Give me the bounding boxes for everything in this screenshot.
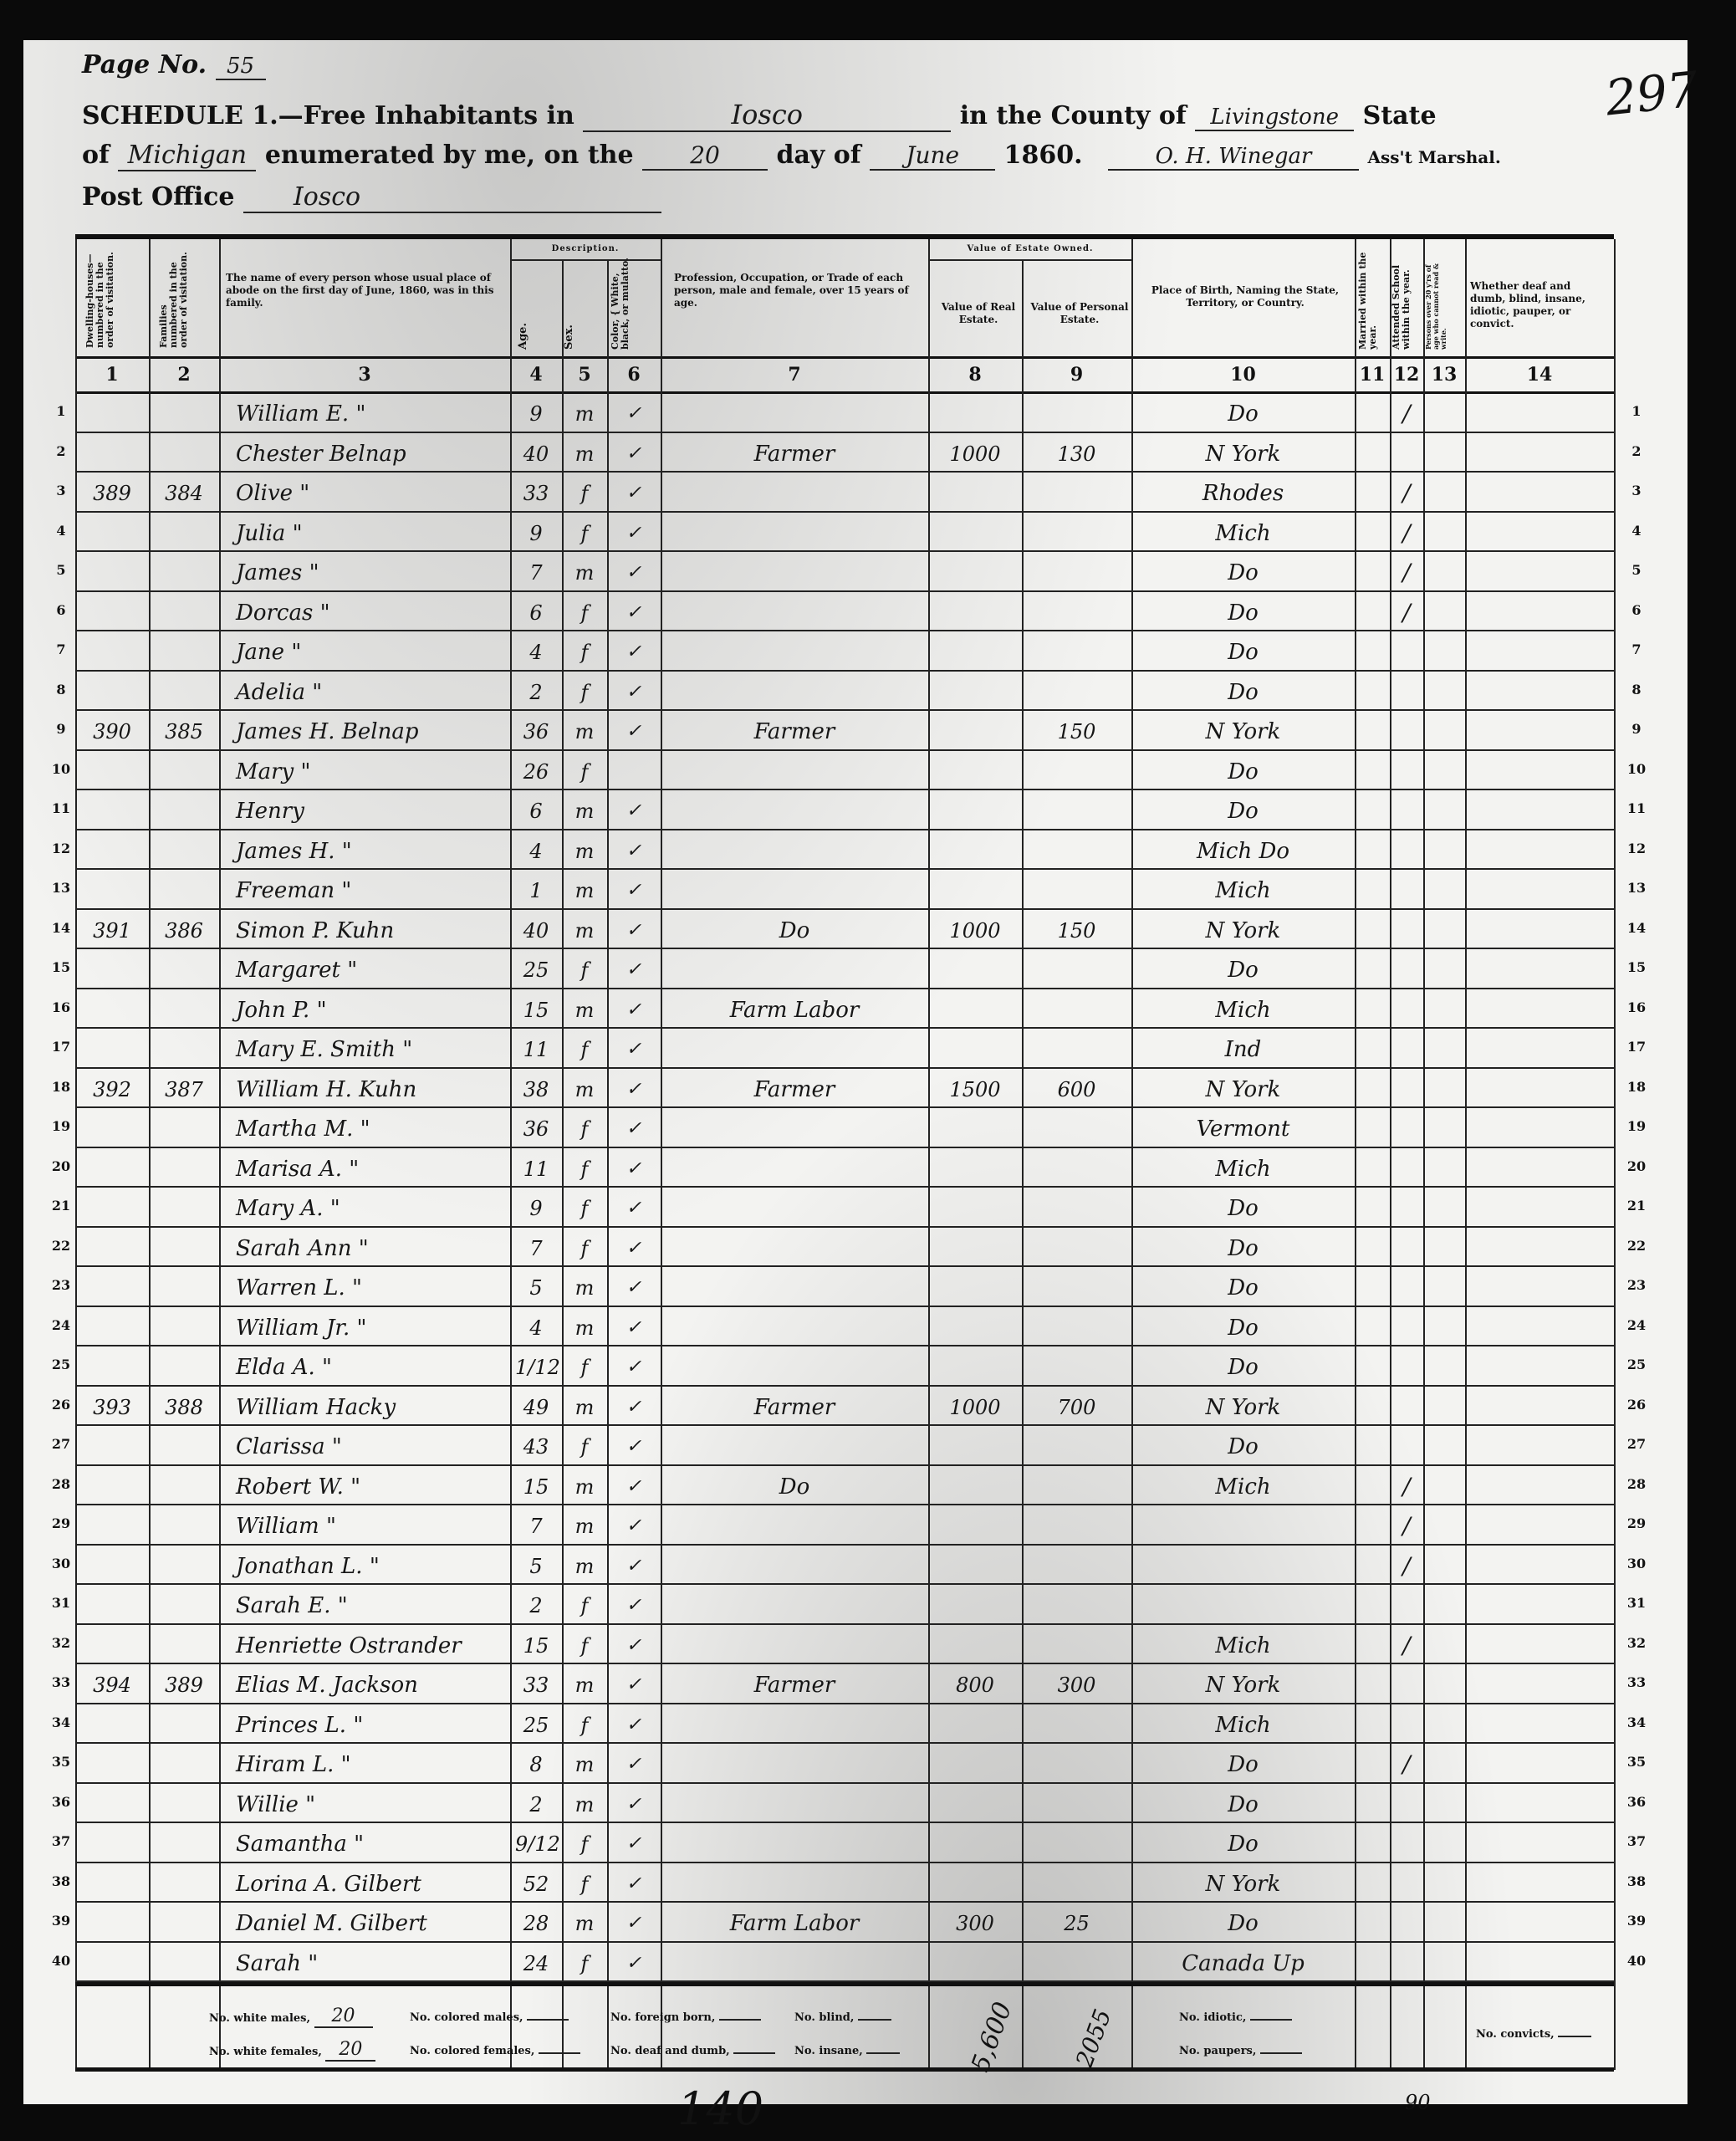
- cell-condition: [1470, 552, 1609, 592]
- cell-birthplace: Mich: [1136, 1704, 1350, 1745]
- cell-sex: m: [567, 870, 602, 910]
- cell-married: [1360, 870, 1385, 910]
- cell-dwelling: [80, 592, 144, 632]
- cell-personal: [1027, 1704, 1126, 1745]
- cell-age: 5: [515, 1546, 557, 1586]
- cell-condition: [1470, 473, 1609, 513]
- cell-family: [154, 989, 214, 1030]
- cell-married: [1360, 393, 1385, 433]
- line-number-right: 5: [1624, 562, 1649, 578]
- cell-dwelling: [80, 870, 144, 910]
- cell-dwelling: 392: [80, 1069, 144, 1109]
- cell-school: /: [1395, 1546, 1418, 1586]
- line-number-left: 5: [49, 562, 74, 578]
- cell-married: [1360, 1505, 1385, 1546]
- cell-age: 43: [515, 1426, 557, 1466]
- cell-family: [154, 552, 214, 592]
- table-row: Willie "2m✓Do: [75, 1784, 1614, 1824]
- cell-married: [1360, 1784, 1385, 1824]
- line-number-right: 9: [1624, 721, 1649, 737]
- cell-illiterate: [1428, 552, 1460, 592]
- cell-family: 385: [154, 711, 214, 751]
- colored-males-total: No. colored males,: [410, 2011, 569, 2024]
- personal-estate-total: 2055: [1070, 2006, 1116, 2071]
- table-row: Elda A. "1/12f✓Do: [75, 1346, 1614, 1387]
- stamp-number: 297: [1603, 60, 1701, 126]
- cell-personal: [1027, 1466, 1126, 1506]
- cell-school: /: [1395, 513, 1418, 553]
- cell-color: ✓: [612, 1664, 656, 1704]
- cell-illiterate: [1428, 910, 1460, 950]
- table-row: William Jr. "4m✓Do: [75, 1307, 1614, 1347]
- cell-school: [1395, 830, 1418, 871]
- cell-occupation: [666, 1784, 923, 1824]
- cell-birthplace: Do: [1136, 1426, 1350, 1466]
- cell-age: 15: [515, 989, 557, 1030]
- cell-dwelling: [80, 1903, 144, 1943]
- cell-sex: m: [567, 910, 602, 950]
- line-number-left: 13: [49, 880, 74, 896]
- cell-school: [1395, 1863, 1418, 1903]
- county-label: in the County of: [960, 101, 1187, 130]
- cell-birthplace: N York: [1136, 1387, 1350, 1427]
- cell-sex: f: [567, 592, 602, 632]
- cell-birthplace: Mich Do: [1136, 830, 1350, 871]
- line-number-right: 16: [1624, 999, 1649, 1015]
- cell-color: ✓: [612, 1744, 656, 1784]
- cell-family: [154, 631, 214, 672]
- line-number-left: 16: [49, 999, 74, 1015]
- of-label: of: [82, 141, 110, 170]
- cell-illiterate: [1428, 1387, 1460, 1427]
- cell-school: [1395, 1188, 1418, 1228]
- cell-family: [154, 1903, 214, 1943]
- line-number-left: 36: [49, 1794, 74, 1810]
- column-number: 3: [219, 358, 510, 391]
- line-number-left: 29: [49, 1515, 74, 1531]
- cell-personal: [1027, 1863, 1126, 1903]
- cell-birthplace: Vermont: [1136, 1108, 1350, 1148]
- cell-color: ✓: [612, 1505, 656, 1546]
- cell-family: 388: [154, 1387, 214, 1427]
- cell-name: Lorina A. Gilbert: [224, 1863, 517, 1903]
- cell-age: 9: [515, 1188, 557, 1228]
- cell-color: ✓: [612, 1466, 656, 1506]
- cell-married: [1360, 1546, 1385, 1586]
- line-number-left: 38: [49, 1873, 74, 1889]
- table-row: Samantha "9/12f✓Do: [75, 1823, 1614, 1863]
- cell-school: [1395, 1148, 1418, 1188]
- cell-age: 28: [515, 1903, 557, 1943]
- cell-married: [1360, 989, 1385, 1030]
- cell-birthplace: Mich: [1136, 513, 1350, 553]
- cell-age: 2: [515, 672, 557, 712]
- marshal-label: Ass't Marshal.: [1367, 147, 1500, 167]
- cell-personal: 150: [1027, 711, 1126, 751]
- totals-bottom-rule: [75, 2067, 1614, 2072]
- line-number-left: 14: [49, 920, 74, 936]
- table-row: Clarissa "43f✓Do: [75, 1426, 1614, 1466]
- cell-school: [1395, 1664, 1418, 1704]
- cell-real: [933, 711, 1017, 751]
- cell-school: [1395, 1784, 1418, 1824]
- colored-females-total: No. colored females,: [410, 2045, 580, 2057]
- line-number-right: 10: [1624, 761, 1649, 777]
- cell-school: [1395, 672, 1418, 712]
- cell-sex: f: [567, 1346, 602, 1387]
- line-number-left: 28: [49, 1476, 74, 1492]
- cell-illiterate: [1428, 672, 1460, 712]
- cell-married: [1360, 1108, 1385, 1148]
- header-estate-group: Value of Estate Owned.: [930, 243, 1131, 255]
- line-number-right: 28: [1624, 1476, 1649, 1492]
- cell-illiterate: [1428, 1307, 1460, 1347]
- cell-dwelling: [80, 989, 144, 1030]
- header-illiterate: Persons over 20 y'rs of age who cannot r…: [1425, 249, 1462, 350]
- cell-real: [933, 1267, 1017, 1307]
- cell-married: [1360, 1228, 1385, 1268]
- cell-family: [154, 1108, 214, 1148]
- cell-condition: [1470, 393, 1609, 433]
- cell-birthplace: Do: [1136, 790, 1350, 830]
- cell-occupation: [666, 473, 923, 513]
- cell-school: [1395, 1029, 1418, 1069]
- cell-real: [933, 1466, 1017, 1506]
- cell-birthplace: Ind: [1136, 1029, 1350, 1069]
- header-real-estate: Value of Real Estate.: [933, 301, 1024, 326]
- cell-family: [154, 1346, 214, 1387]
- line-number-left: 3: [49, 483, 74, 498]
- cell-personal: [1027, 1546, 1126, 1586]
- table-row: Henry6m✓Do: [75, 790, 1614, 830]
- cell-illiterate: [1428, 1108, 1460, 1148]
- line-number-left: 40: [49, 1953, 74, 1969]
- table-row: Robert W. "15m✓DoMich/: [75, 1466, 1614, 1506]
- cell-married: [1360, 830, 1385, 871]
- line-number-left: 27: [49, 1436, 74, 1452]
- cell-illiterate: [1428, 949, 1460, 989]
- cell-real: [933, 1307, 1017, 1347]
- cell-dwelling: [80, 393, 144, 433]
- cell-occupation: [666, 1546, 923, 1586]
- cell-condition: [1470, 1585, 1609, 1625]
- cell-birthplace: N York: [1136, 910, 1350, 950]
- cell-personal: [1027, 473, 1126, 513]
- cell-sex: f: [567, 1029, 602, 1069]
- cell-personal: [1027, 1943, 1126, 1983]
- line-number-right: 31: [1624, 1595, 1649, 1611]
- cell-school: [1395, 870, 1418, 910]
- cell-color: ✓: [612, 592, 656, 632]
- cell-real: [933, 1863, 1017, 1903]
- cell-school: /: [1395, 552, 1418, 592]
- cell-illiterate: [1428, 751, 1460, 791]
- cell-school: [1395, 1346, 1418, 1387]
- cell-family: [154, 1307, 214, 1347]
- cell-married: [1360, 631, 1385, 672]
- column-number: 6: [607, 358, 661, 391]
- cell-name: Mary E. Smith ": [224, 1029, 517, 1069]
- cell-occupation: [666, 672, 923, 712]
- cell-color: ✓: [612, 1625, 656, 1665]
- cell-sex: m: [567, 552, 602, 592]
- line-number-left: 15: [49, 959, 74, 975]
- table-row: Martha M. "36f✓Vermont: [75, 1108, 1614, 1148]
- cell-birthplace: Do: [1136, 1784, 1350, 1824]
- cell-dwelling: [80, 1863, 144, 1903]
- cell-condition: [1470, 1307, 1609, 1347]
- cell-name: Jane ": [224, 631, 517, 672]
- white-males-value: 20: [314, 2006, 373, 2028]
- cell-family: [154, 1228, 214, 1268]
- idiotic-label: No. idiotic,: [1179, 2011, 1246, 2024]
- cell-sex: f: [567, 1823, 602, 1863]
- cell-sex: m: [567, 1784, 602, 1824]
- cell-dwelling: [80, 1188, 144, 1228]
- cell-married: [1360, 1664, 1385, 1704]
- cell-condition: [1470, 631, 1609, 672]
- cell-personal: 700: [1027, 1387, 1126, 1427]
- cell-condition: [1470, 433, 1609, 473]
- cell-condition: [1470, 870, 1609, 910]
- cell-school: /: [1395, 1744, 1418, 1784]
- cell-sex: f: [567, 1585, 602, 1625]
- cell-occupation: Farmer: [666, 433, 923, 473]
- cell-condition: [1470, 1069, 1609, 1109]
- cell-dwelling: [80, 433, 144, 473]
- cell-age: 49: [515, 1387, 557, 1427]
- cell-family: [154, 870, 214, 910]
- cell-name: Freeman ": [224, 870, 517, 910]
- cell-real: [933, 393, 1017, 433]
- cell-name: Olive ": [224, 473, 517, 513]
- cell-occupation: [666, 751, 923, 791]
- cell-married: [1360, 910, 1385, 950]
- cell-sex: m: [567, 1267, 602, 1307]
- cell-personal: [1027, 1307, 1126, 1347]
- cell-birthplace: Do: [1136, 393, 1350, 433]
- column-number: 11: [1355, 358, 1390, 391]
- cell-family: [154, 830, 214, 871]
- cell-personal: [1027, 1188, 1126, 1228]
- cell-illiterate: [1428, 1546, 1460, 1586]
- cell-age: 5: [515, 1267, 557, 1307]
- cell-family: [154, 1704, 214, 1745]
- cell-personal: [1027, 672, 1126, 712]
- enumerated-label: enumerated by me, on the: [265, 141, 634, 170]
- cell-personal: 300: [1027, 1664, 1126, 1704]
- line-number-right: 27: [1624, 1436, 1649, 1452]
- table-row: 389384Olive "33f✓Rhodes/: [75, 473, 1614, 513]
- colored-females-label: No. colored females,: [410, 2045, 534, 2057]
- cell-illiterate: [1428, 1148, 1460, 1188]
- cell-illiterate: [1428, 830, 1460, 871]
- cell-birthplace: N York: [1136, 1664, 1350, 1704]
- cell-birthplace: Do: [1136, 672, 1350, 712]
- cell-sex: m: [567, 1664, 602, 1704]
- cell-age: 11: [515, 1148, 557, 1188]
- cell-condition: [1470, 1108, 1609, 1148]
- cell-condition: [1470, 513, 1609, 553]
- cell-birthplace: Do: [1136, 1267, 1350, 1307]
- cell-occupation: [666, 790, 923, 830]
- header-name: The name of every person whose usual pla…: [226, 272, 502, 309]
- cell-married: [1360, 1426, 1385, 1466]
- cell-real: [933, 473, 1017, 513]
- line-number-right: 30: [1624, 1556, 1649, 1571]
- cell-school: [1395, 1943, 1418, 1983]
- cell-illiterate: [1428, 1823, 1460, 1863]
- cell-color: ✓: [612, 631, 656, 672]
- convicts-total: No. convicts,: [1476, 2028, 1591, 2041]
- cell-condition: [1470, 1863, 1609, 1903]
- cell-married: [1360, 1466, 1385, 1506]
- cell-condition: [1470, 1664, 1609, 1704]
- cell-age: 33: [515, 1664, 557, 1704]
- marshal-field: O. H. Winegar: [1108, 144, 1359, 171]
- cell-color: ✓: [612, 672, 656, 712]
- cell-illiterate: [1428, 631, 1460, 672]
- table-row: Jane "4f✓Do: [75, 631, 1614, 672]
- cell-real: [933, 1585, 1017, 1625]
- cell-color: ✓: [612, 1784, 656, 1824]
- paupers-label: No. paupers,: [1179, 2045, 1256, 2057]
- cell-dwelling: [80, 1228, 144, 1268]
- cell-name: Jonathan L. ": [224, 1546, 517, 1586]
- table-row: 391386Simon P. Kuhn40m✓Do1000150N York: [75, 910, 1614, 950]
- cell-age: 4: [515, 1307, 557, 1347]
- cell-sex: m: [567, 1069, 602, 1109]
- cell-school: /: [1395, 393, 1418, 433]
- cell-sex: m: [567, 393, 602, 433]
- cell-married: [1360, 1704, 1385, 1745]
- cell-family: [154, 1625, 214, 1665]
- cell-condition: [1470, 1188, 1609, 1228]
- cell-illiterate: [1428, 1585, 1460, 1625]
- cell-sex: f: [567, 473, 602, 513]
- cell-name: Clarissa ": [224, 1426, 517, 1466]
- cell-personal: 25: [1027, 1903, 1126, 1943]
- cell-color: ✓: [612, 1863, 656, 1903]
- cell-color: ✓: [612, 1704, 656, 1745]
- cell-family: [154, 790, 214, 830]
- cell-personal: [1027, 1744, 1126, 1784]
- cell-school: [1395, 631, 1418, 672]
- cell-personal: [1027, 989, 1126, 1030]
- line-number-right: 3: [1624, 483, 1649, 498]
- cell-occupation: [666, 870, 923, 910]
- cell-age: 7: [515, 552, 557, 592]
- cell-married: [1360, 949, 1385, 989]
- cell-color: ✓: [612, 949, 656, 989]
- cell-sex: f: [567, 1188, 602, 1228]
- cell-illiterate: [1428, 711, 1460, 751]
- cell-personal: [1027, 949, 1126, 989]
- cell-age: 24: [515, 1943, 557, 1983]
- cell-family: [154, 1188, 214, 1228]
- cell-personal: [1027, 1426, 1126, 1466]
- cell-real: [933, 1943, 1017, 1983]
- cell-real: [933, 830, 1017, 871]
- cell-condition: [1470, 592, 1609, 632]
- cell-real: [933, 672, 1017, 712]
- cell-family: [154, 1426, 214, 1466]
- cell-personal: [1027, 1346, 1126, 1387]
- cell-name: Robert W. ": [224, 1466, 517, 1506]
- top-rule: [75, 234, 1614, 239]
- cell-birthplace: Canada Up: [1136, 1943, 1350, 1983]
- table-row: William E. "9m✓Do/: [75, 393, 1614, 433]
- cell-color: ✓: [612, 1943, 656, 1983]
- table-row: Mary A. "9f✓Do: [75, 1188, 1614, 1228]
- cell-color: ✓: [612, 1108, 656, 1148]
- cell-dwelling: 390: [80, 711, 144, 751]
- line-number-right: 8: [1624, 682, 1649, 697]
- cell-family: [154, 1267, 214, 1307]
- state-field: Michigan: [118, 141, 256, 171]
- day-field: 20: [642, 141, 768, 171]
- cell-married: [1360, 1307, 1385, 1347]
- cell-dwelling: [80, 1148, 144, 1188]
- cell-occupation: [666, 1625, 923, 1665]
- cell-illiterate: [1428, 1943, 1460, 1983]
- table-row: William "7m✓/: [75, 1505, 1614, 1546]
- cell-dwelling: [80, 1029, 144, 1069]
- cell-occupation: Farmer: [666, 711, 923, 751]
- cell-name: Hiram L. ": [224, 1744, 517, 1784]
- cell-sex: m: [567, 711, 602, 751]
- page-label: Page No.: [82, 50, 207, 79]
- cell-occupation: [666, 830, 923, 871]
- paupers-total: No. paupers,: [1179, 2045, 1302, 2057]
- cell-sex: m: [567, 1307, 602, 1347]
- table-row: Adelia "2f✓Do: [75, 672, 1614, 712]
- cell-birthplace: Do: [1136, 552, 1350, 592]
- cell-age: 1/12: [515, 1346, 557, 1387]
- cell-family: [154, 949, 214, 989]
- cell-married: [1360, 552, 1385, 592]
- cell-school: [1395, 1307, 1418, 1347]
- cell-name: William E. ": [224, 393, 517, 433]
- line-number-left: 31: [49, 1595, 74, 1611]
- cell-birthplace: Do: [1136, 592, 1350, 632]
- header-family: Families numbered in the order of visita…: [159, 249, 209, 348]
- cell-real: [933, 989, 1017, 1030]
- cell-occupation: [666, 1228, 923, 1268]
- cell-dwelling: [80, 1346, 144, 1387]
- cell-real: [933, 1188, 1017, 1228]
- cell-family: [154, 1863, 214, 1903]
- cell-age: 25: [515, 1704, 557, 1745]
- line-number-left: 35: [49, 1754, 74, 1770]
- cell-personal: [1027, 1267, 1126, 1307]
- schedule-line: SCHEDULE 1.—Free Inhabitants in Iosco in…: [82, 99, 1437, 132]
- cell-real: [933, 949, 1017, 989]
- cell-age: 6: [515, 790, 557, 830]
- cell-married: [1360, 790, 1385, 830]
- cell-color: ✓: [612, 989, 656, 1030]
- cell-name: Julia ": [224, 513, 517, 553]
- cell-dwelling: [80, 1625, 144, 1665]
- cell-sex: f: [567, 1148, 602, 1188]
- cell-real: [933, 1704, 1017, 1745]
- header-age: Age.: [518, 301, 535, 350]
- cell-age: 8: [515, 1744, 557, 1784]
- cell-color: [612, 751, 656, 791]
- state-label: State: [1363, 101, 1437, 130]
- cell-name: Elias M. Jackson: [224, 1664, 517, 1704]
- line-number-right: 34: [1624, 1714, 1649, 1730]
